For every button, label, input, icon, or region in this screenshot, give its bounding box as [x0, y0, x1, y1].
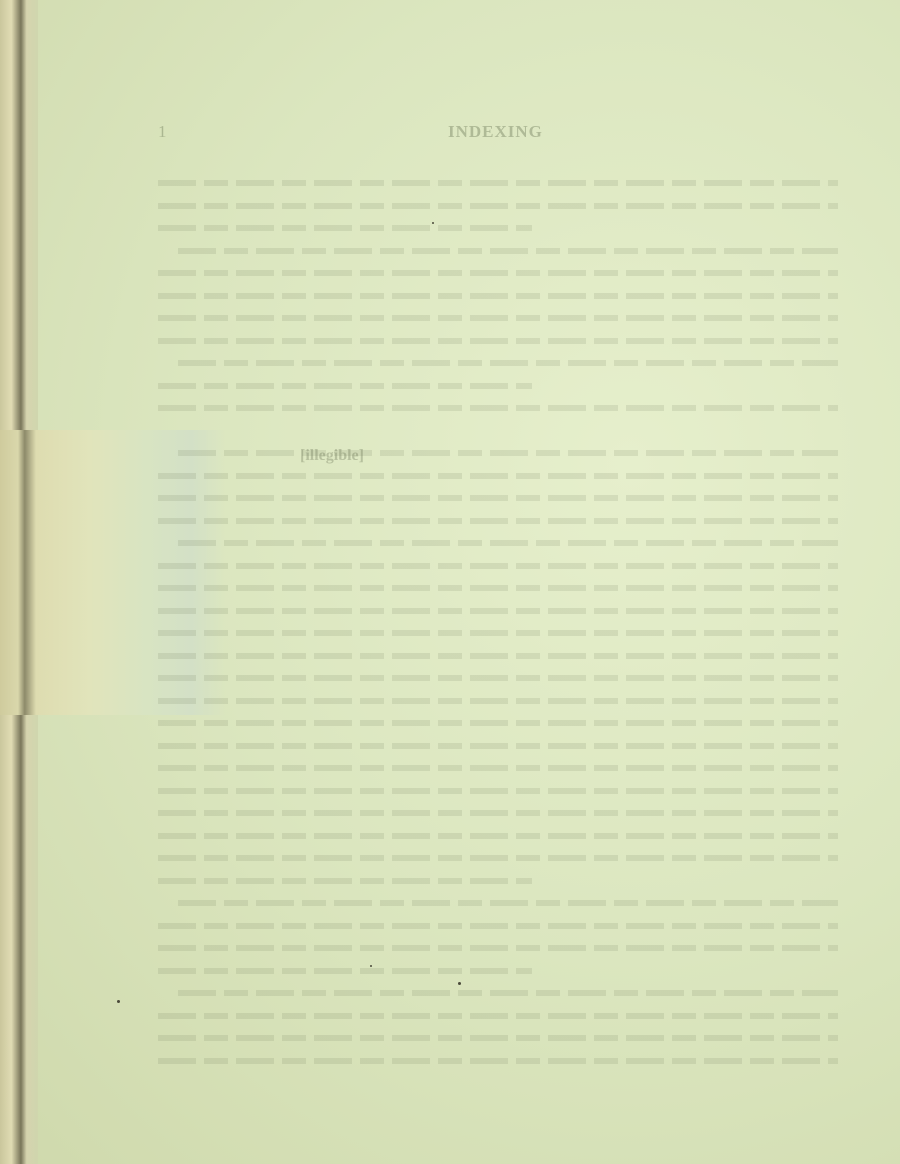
text-line [158, 577, 838, 600]
dust-speck [458, 982, 461, 985]
dust-speck [117, 1000, 120, 1003]
text-line [158, 892, 838, 915]
text-line [158, 262, 838, 285]
text-line [158, 375, 838, 398]
text-line [158, 712, 838, 735]
page-header: 1 INDEXING [158, 122, 838, 146]
text-line [158, 532, 838, 555]
text-line [158, 1005, 838, 1028]
text-line [158, 600, 838, 623]
text-line [158, 802, 838, 825]
text-line [158, 352, 838, 375]
text-line [158, 735, 838, 758]
text-line [158, 870, 838, 893]
body-text [158, 172, 838, 1072]
text-line [158, 195, 838, 218]
text-line [158, 622, 838, 645]
page-number: 1 [158, 122, 168, 142]
dust-speck [370, 965, 372, 967]
text-line [158, 1050, 838, 1073]
text-line [158, 510, 838, 533]
text-line [158, 217, 838, 240]
text-line [158, 330, 838, 353]
text-line [158, 555, 838, 578]
text-line [158, 285, 838, 308]
text-line [158, 780, 838, 803]
text-line [158, 690, 838, 713]
dust-speck [432, 222, 434, 224]
section-subheading: [illegible] [300, 447, 600, 469]
text-line [158, 172, 838, 195]
subheading-spacer [158, 397, 838, 442]
text-line [158, 937, 838, 960]
text-line [158, 847, 838, 870]
text-line [158, 825, 838, 848]
text-line [158, 307, 838, 330]
text-line [158, 487, 838, 510]
running-head: INDEXING [448, 122, 543, 142]
text-line [158, 757, 838, 780]
text-line [158, 645, 838, 668]
text-line [158, 960, 838, 983]
text-line [158, 1027, 838, 1050]
text-line [158, 240, 838, 263]
text-line [158, 982, 838, 1005]
text-line [158, 915, 838, 938]
book-page: 1 INDEXING [0, 0, 900, 1164]
text-line [158, 667, 838, 690]
